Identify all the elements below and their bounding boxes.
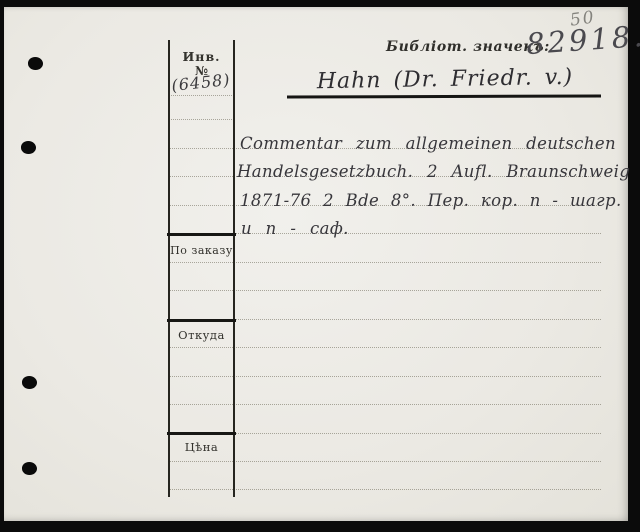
punch-hole bbox=[21, 141, 36, 154]
author-underline bbox=[287, 94, 601, 98]
library-stamp-number-handwritten: 82918. bbox=[525, 19, 640, 61]
description-line: 1871-76 2 Bde 8°. Пер. кор. п - шагр. bbox=[240, 191, 622, 210]
punch-hole bbox=[22, 376, 37, 389]
ruled-line-short bbox=[168, 95, 234, 96]
column-left-border bbox=[168, 40, 170, 497]
section-label-tsena: Цѣна bbox=[168, 440, 235, 454]
section-label-po-zakazu: По заказу bbox=[168, 244, 235, 257]
catalog-card-paper: Инв. № (6458) По заказу Откуда Цѣна 50 Б… bbox=[4, 7, 628, 521]
description-line: Handelsgesetzbuch. 2 Aufl. Braunschweig bbox=[237, 162, 630, 181]
column-right-border bbox=[233, 40, 235, 497]
inventory-number-label-line1: Инв. bbox=[168, 49, 235, 64]
description-line: и п - саф. bbox=[241, 219, 349, 238]
punch-hole bbox=[28, 57, 43, 70]
description-line: Commentar zum allgemeinen deutschen bbox=[240, 134, 616, 153]
ruled-line-short bbox=[168, 119, 234, 120]
section-divider bbox=[167, 432, 236, 435]
scanned-catalog-card: Инв. № (6458) По заказу Откуда Цѣна 50 Б… bbox=[0, 0, 640, 532]
author-heading-handwritten: Hahn (Dr. Friedr. v.) bbox=[297, 64, 593, 94]
section-divider bbox=[167, 319, 236, 322]
punch-hole bbox=[22, 462, 37, 475]
section-divider bbox=[167, 233, 236, 236]
section-label-otkuda: Откуда bbox=[168, 328, 235, 342]
